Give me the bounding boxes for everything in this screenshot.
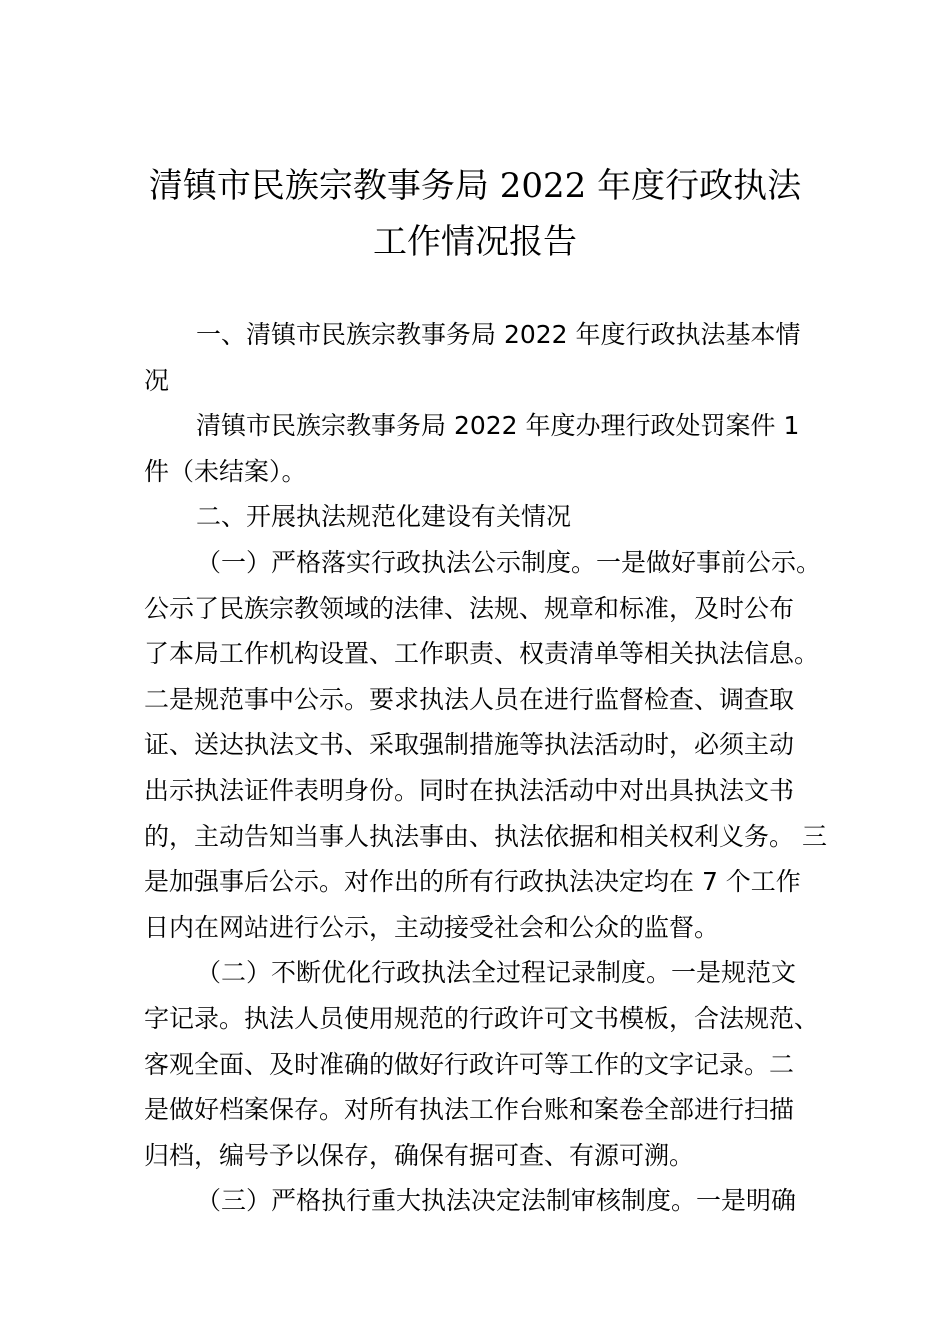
subsection-1-paragraph: （一）严格落实行政执法公示制度。一是做好事前公示。 公示了民族宗教领域的法律、法… xyxy=(144,540,812,950)
subsection-3-paragraph: （三）严格执行重大执法决定法制审核制度。一是明确 xyxy=(144,1178,812,1224)
section-1-body: 清镇市民族宗教事务局 2022 年度办理行政处罚案件 1 件（未结案）。 xyxy=(144,403,812,494)
text-line: 出示执法证件表明身份。同时在执法活动中对出具执法文书 xyxy=(144,768,812,814)
text-line: 清镇市民族宗教事务局 2022 年度办理行政处罚案件 1 xyxy=(144,403,812,449)
document-page: 清镇市民族宗教事务局 2022 年度行政执法 工作情况报告 一、清镇市民族宗教事… xyxy=(0,0,950,1344)
document-title: 清镇市民族宗教事务局 2022 年度行政执法 工作情况报告 xyxy=(140,158,810,270)
section-2-heading: 二、开展执法规范化建设有关情况 xyxy=(144,494,812,540)
text-line: 证、送达执法文书、采取强制措施等执法活动时，必须主动 xyxy=(144,722,812,768)
text-line: 二是规范事中公示。要求执法人员在进行监督检查、调查取 xyxy=(144,677,812,723)
document-body: 一、清镇市民族宗教事务局 2022 年度行政执法基本情 况 清镇市民族宗教事务局… xyxy=(144,312,812,1224)
text-line: 日内在网站进行公示，主动接受社会和公众的监督。 xyxy=(144,905,812,951)
text-line: 归档，编号予以保存，确保有据可查、有源可溯。 xyxy=(144,1133,812,1179)
section-1-heading: 一、清镇市民族宗教事务局 2022 年度行政执法基本情 况 xyxy=(144,312,812,403)
text-line: 是做好档案保存。对所有执法工作台账和案卷全部进行扫描 xyxy=(144,1087,812,1133)
text-line: 字记录。执法人员使用规范的行政许可文书模板，合法规范、 xyxy=(144,996,812,1042)
subsection-2-paragraph: （二）不断优化行政执法全过程记录制度。一是规范文 字记录。执法人员使用规范的行政… xyxy=(144,950,812,1178)
text-line: 二、开展执法规范化建设有关情况 xyxy=(144,494,812,540)
text-line: （三）严格执行重大执法决定法制审核制度。一是明确 xyxy=(144,1178,812,1224)
text-line: 况 xyxy=(144,358,812,404)
text-line: （一）严格落实行政执法公示制度。一是做好事前公示。 xyxy=(144,540,812,586)
text-line: 是加强事后公示。对作出的所有行政执法决定均在 7 个工作 xyxy=(144,859,812,905)
text-line: 客观全面、及时准确的做好行政许可等工作的文字记录。二 xyxy=(144,1042,812,1088)
text-line: 的，主动告知当事人执法事由、执法依据和相关权利义务。 三 xyxy=(144,814,812,860)
title-line-1: 清镇市民族宗教事务局 2022 年度行政执法 xyxy=(140,158,810,214)
text-line: 了本局工作机构设置、工作职责、权责清单等相关执法信息。 xyxy=(144,631,812,677)
text-line: 件（未结案）。 xyxy=(144,449,812,495)
title-line-2: 工作情况报告 xyxy=(140,214,810,270)
text-line: 一、清镇市民族宗教事务局 2022 年度行政执法基本情 xyxy=(144,312,812,358)
text-line: 公示了民族宗教领域的法律、法规、规章和标准，及时公布 xyxy=(144,586,812,632)
text-line: （二）不断优化行政执法全过程记录制度。一是规范文 xyxy=(144,950,812,996)
